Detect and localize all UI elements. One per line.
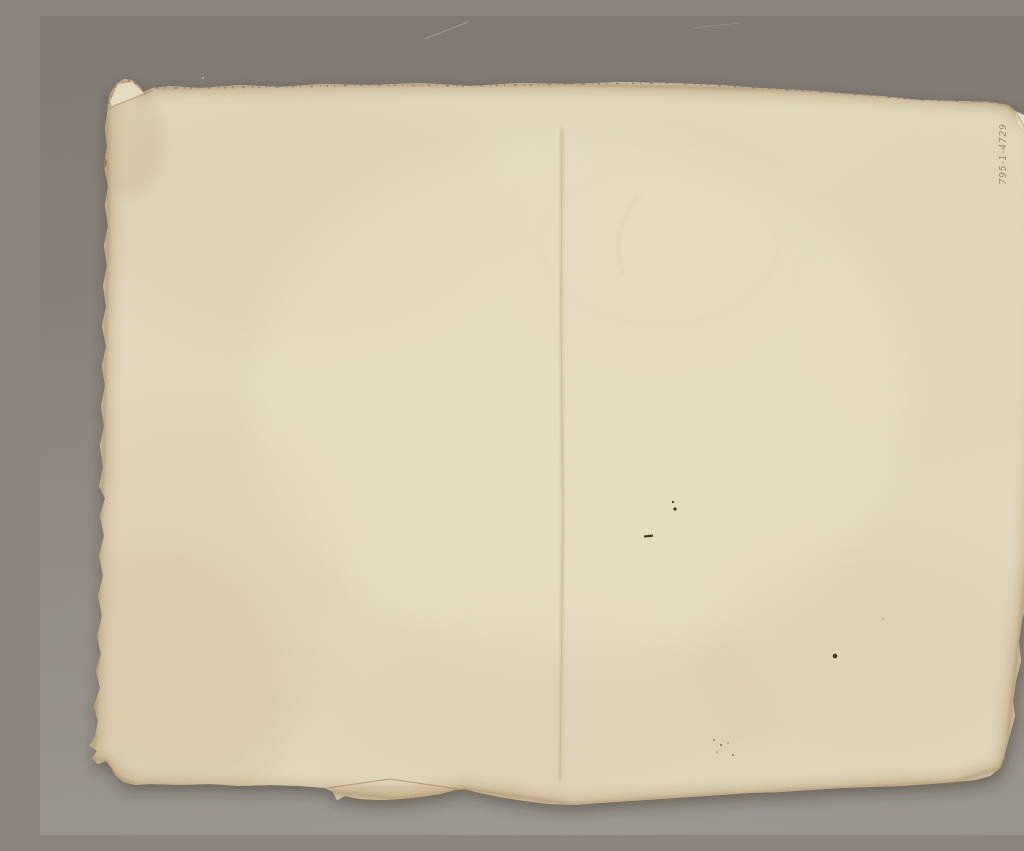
photo-canvas: 795-1-4729 (40, 16, 1024, 835)
paper-sheet: 795-1-4729 (40, 56, 1024, 835)
accession-inscription: 795-1-4729 (998, 123, 1009, 184)
photograph-of-blank-aged-paper: 795-1-4729 (40, 16, 1024, 835)
paper-grain (70, 56, 1024, 826)
